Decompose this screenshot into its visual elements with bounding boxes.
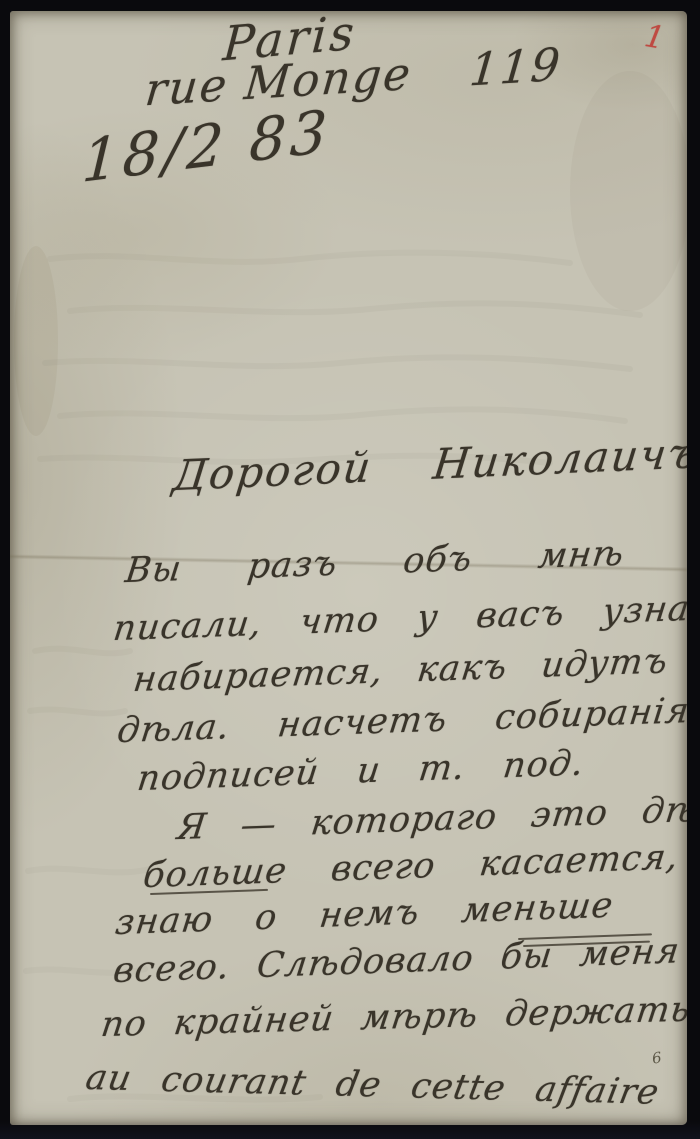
body-line: по крайней мѣрѣ держать bbox=[99, 990, 687, 1046]
salutation-line: Дорогой Николаичъ bbox=[170, 428, 687, 500]
body-line: писали, что у васъ узнаю bbox=[111, 588, 687, 649]
page-number-annotation: 1 bbox=[642, 18, 668, 57]
body-line: au courant de cette affaire bbox=[83, 1058, 663, 1113]
scan-background: 1 Paris rue Monge 119 18/2 83 Дорогой Ни… bbox=[0, 0, 700, 1139]
letter-date: 18/2 83 bbox=[80, 96, 332, 195]
body-line: набирается, какъ идутъ bbox=[131, 641, 670, 700]
letter-house-number: 119 bbox=[467, 38, 564, 97]
body-line: подписей и т. под. bbox=[135, 743, 587, 799]
letter-address-line: rue Monge 119 bbox=[143, 38, 564, 117]
body-line: дѣла. насчетъ собиранія bbox=[115, 691, 687, 751]
corner-mark: 6 bbox=[651, 1048, 663, 1067]
letter-page: 1 Paris rue Monge 119 18/2 83 Дорогой Ни… bbox=[10, 11, 687, 1125]
body-line: Вы разъ объ мнѣ bbox=[123, 534, 627, 592]
